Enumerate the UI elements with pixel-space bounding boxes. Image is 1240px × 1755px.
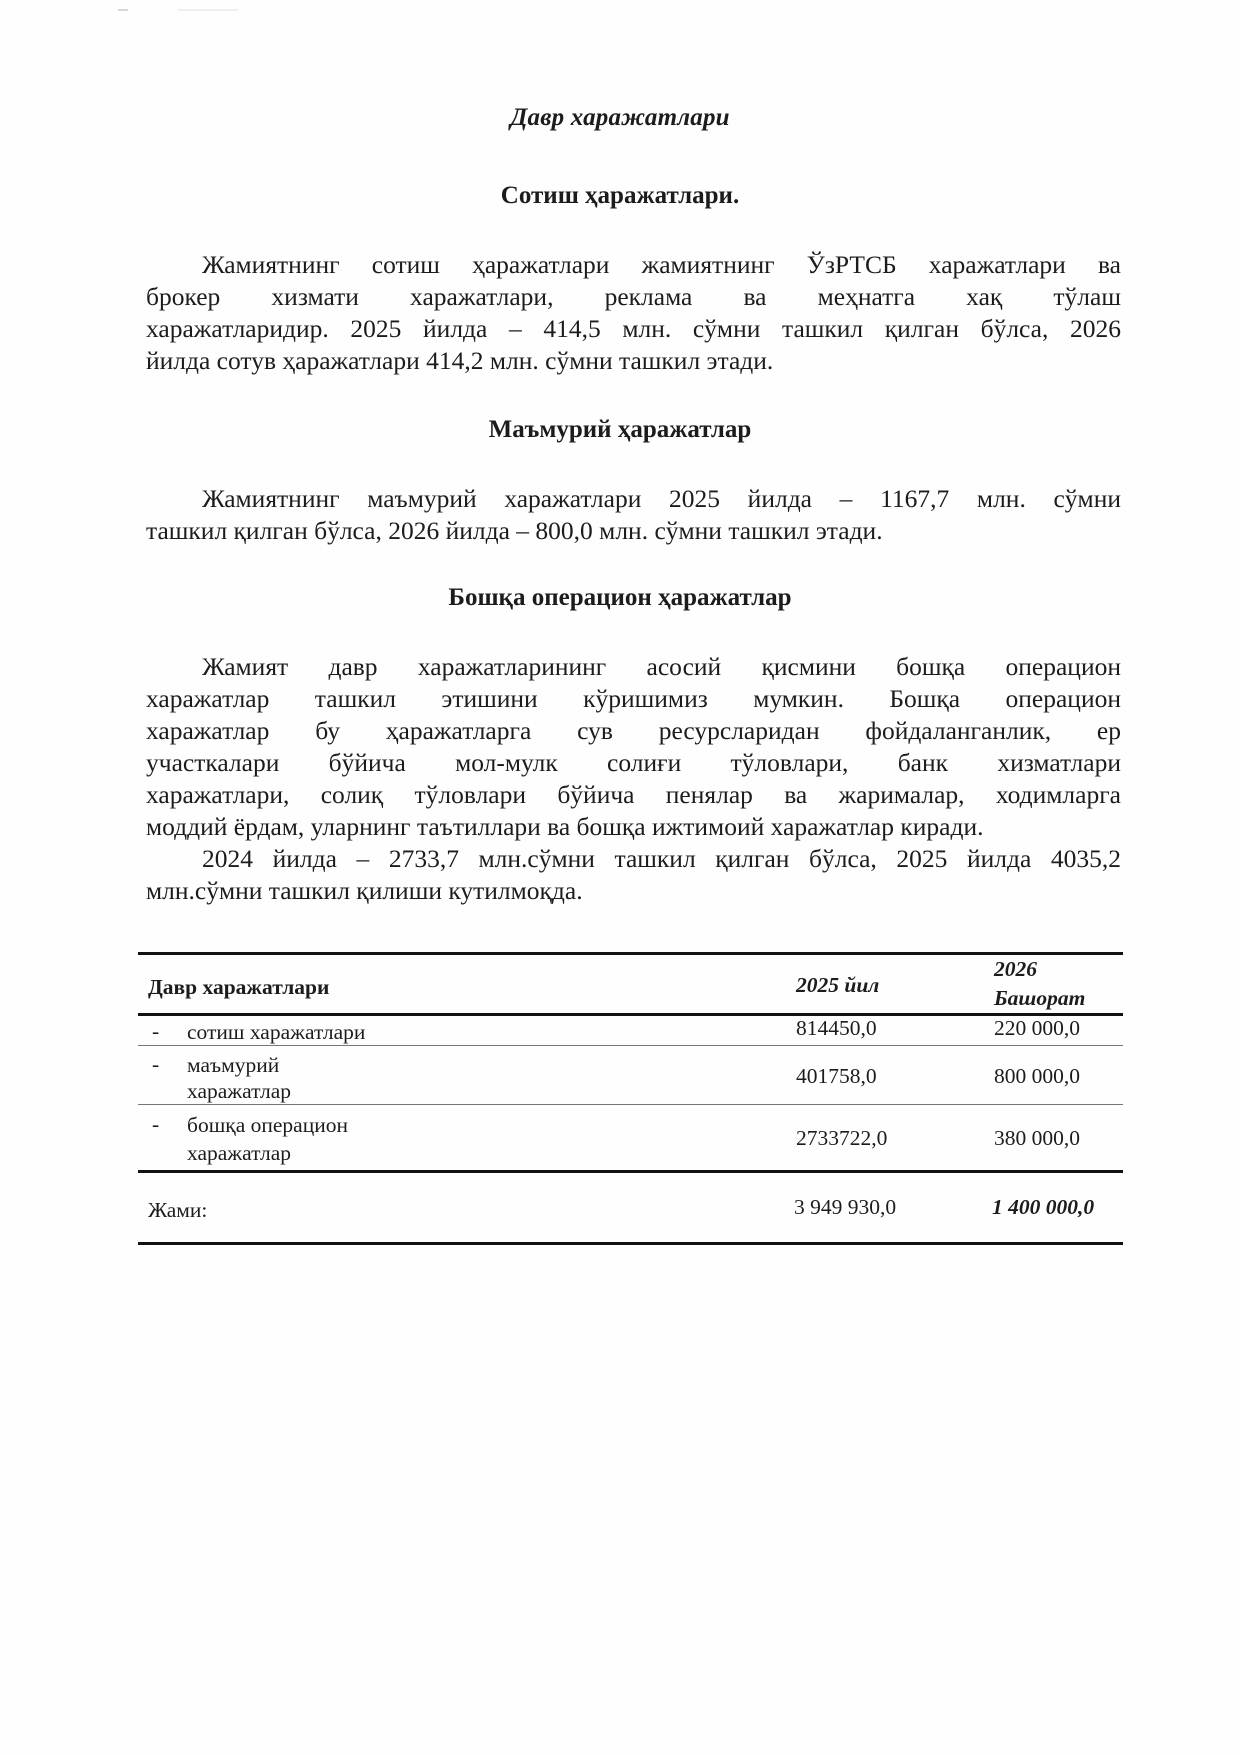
paragraph-line: участкалари бўйича мол-мулк солиғи тўлов…	[146, 747, 1121, 779]
row-label-continued: харажатлар	[187, 1078, 291, 1104]
row-value-2025: 2733722,0	[796, 1126, 887, 1151]
table-header-2026-year: 2026	[994, 956, 1037, 982]
paragraph-line: харажатларидир. 2025 йилда – 414,5 млн. …	[146, 313, 1121, 345]
paragraph-line: харажатлар бу ҳаражатларга сув ресурслар…	[146, 715, 1121, 747]
document-title: Давр харажатлари	[0, 104, 1240, 132]
table-header-rule	[138, 1013, 1123, 1016]
table-top-rule	[138, 952, 1123, 955]
row-value-2026: 380 000,0	[994, 1126, 1080, 1151]
paragraph-line: Жамиятнинг сотиш ҳаражатлари жамиятнинг …	[146, 249, 1121, 281]
row-bullet: -	[152, 1112, 159, 1137]
paragraph-line: брокер хизмати харажатлари, реклама ва м…	[146, 281, 1121, 313]
row-label-continued: харажатлар	[187, 1140, 291, 1166]
paragraph-line: 2024 йилда – 2733,7 млн.сўмни ташкил қил…	[146, 843, 1121, 875]
total-label: Жами:	[148, 1197, 207, 1223]
row-bullet: -	[152, 1052, 159, 1077]
row-value-2025: 814450,0	[796, 1016, 877, 1041]
row-label: сотиш харажатлари	[187, 1019, 365, 1045]
row-label: бошқа операцион	[187, 1112, 348, 1138]
total-value-2026: 1 400 000,0	[992, 1195, 1094, 1220]
paragraph-line: харажатлари, солиқ тўловлари бўйича пеня…	[146, 779, 1121, 811]
document-page: Давр харажатлари Сотиш ҳаражатлари. Жами…	[0, 0, 1240, 1755]
scan-artifact	[178, 9, 238, 11]
row-value-2026: 800 000,0	[994, 1064, 1080, 1089]
table-bottom-rule	[138, 1242, 1123, 1245]
paragraph-line: харажатлар ташкил этишини кўришимиз мумк…	[146, 683, 1121, 715]
row-divider	[138, 1104, 1123, 1105]
scan-artifact	[118, 9, 128, 11]
paragraph-line: Жамиятнинг маъмурий харажатлари 2025 йил…	[146, 483, 1121, 515]
section-heading-administrative: Маъмурий ҳаражатлар	[0, 416, 1240, 444]
paragraph-line: йилда сотув ҳаражатлари 414,2 млн. сўмни…	[146, 345, 1121, 377]
table-header-2026-forecast: Башорат	[994, 985, 1085, 1011]
row-value-2025: 401758,0	[796, 1064, 877, 1089]
section-heading-sales: Сотиш ҳаражатлари.	[0, 182, 1240, 210]
table-header-item: Давр харажатлари	[148, 974, 329, 1000]
table-total-rule	[138, 1170, 1123, 1173]
row-label: маъмурий	[187, 1052, 279, 1078]
total-value-2025: 3 949 930,0	[794, 1195, 896, 1220]
table-header-2025: 2025 йил	[796, 972, 879, 998]
paragraph-line: Жамият давр харажатларининг асосий қисми…	[146, 651, 1121, 683]
paragraph-line: млн.сўмни ташкил қилиши кутилмоқда.	[146, 875, 1121, 907]
paragraph-line: моддий ёрдам, уларнинг таътиллари ва бош…	[146, 811, 1121, 843]
row-value-2026: 220 000,0	[994, 1016, 1080, 1041]
section-paragraph-sales: Жамиятнинг сотиш ҳаражатлари жамиятнинг …	[146, 249, 1121, 377]
row-divider	[138, 1045, 1123, 1046]
section-paragraph-other-operating: Жамият давр харажатларининг асосий қисми…	[146, 651, 1121, 907]
paragraph-line: ташкил қилган бўлса, 2026 йилда – 800,0 …	[146, 515, 1121, 547]
section-paragraph-administrative: Жамиятнинг маъмурий харажатлари 2025 йил…	[146, 483, 1121, 547]
section-heading-other-operating: Бошқа операцион ҳаражатлар	[0, 584, 1240, 612]
row-bullet: -	[152, 1019, 159, 1044]
